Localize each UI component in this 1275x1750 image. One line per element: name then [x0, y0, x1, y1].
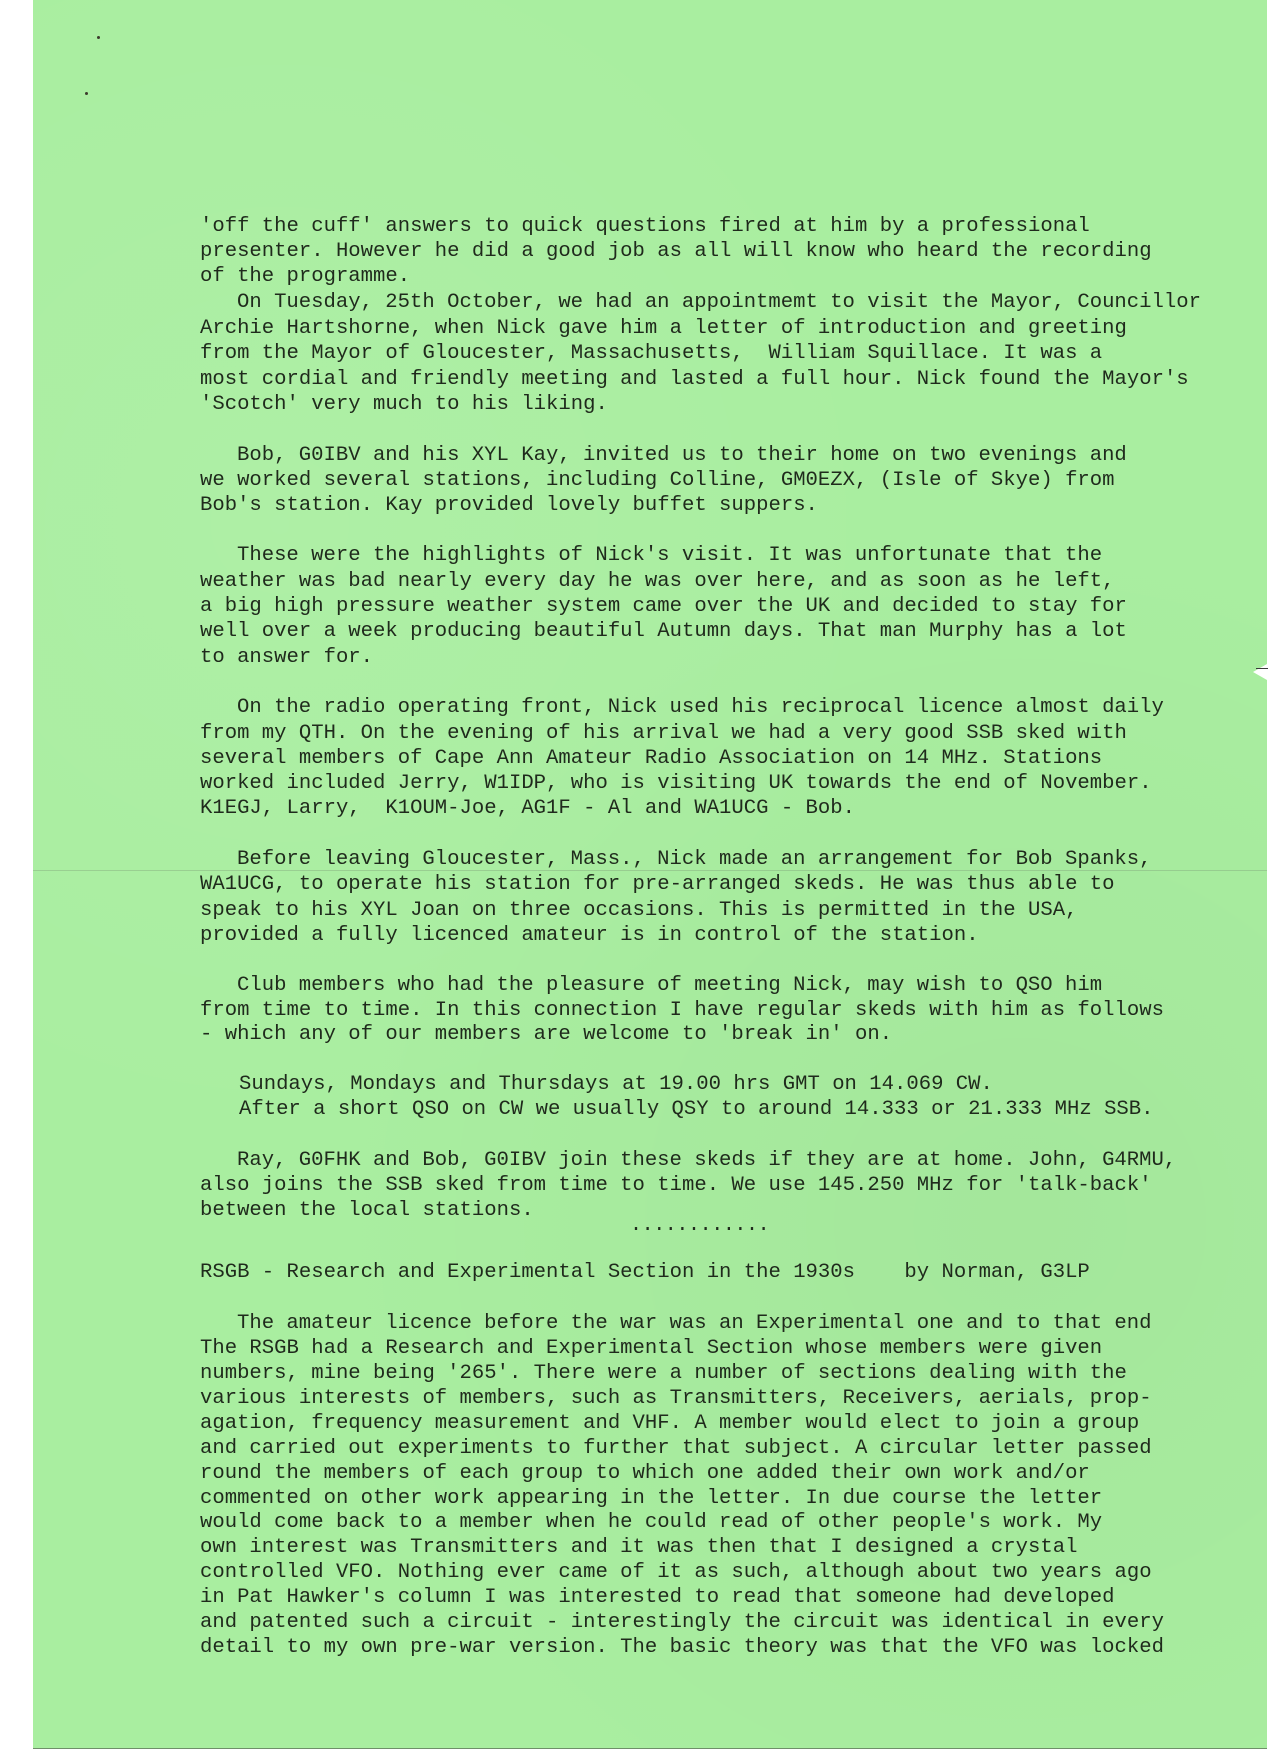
text-line: Before leaving Gloucester, Mass., Nick m…	[237, 847, 1152, 872]
text-line: round the members of each group to which…	[200, 1461, 1090, 1486]
text-line: most cordial and friendly meeting and la…	[200, 367, 1189, 392]
text-line: and carried out experiments to further t…	[200, 1436, 1152, 1461]
text-line: Bob, G0IBV and his XYL Kay, invited us t…	[237, 443, 1127, 468]
text-line: several members of Cape Ann Amateur Radi…	[200, 746, 1102, 771]
text-line: from time to time. In this connection I …	[200, 998, 1164, 1023]
section-heading: RSGB - Research and Experimental Section…	[200, 1260, 1090, 1285]
text-line: speak to his XYL Joan on three occasions…	[200, 898, 1077, 923]
text-line: well over a week producing beautiful Aut…	[200, 619, 1127, 644]
text-line: to answer for.	[200, 645, 373, 670]
text-line: would come back to a member when he coul…	[200, 1510, 1102, 1535]
text-line: from the Mayor of Gloucester, Massachuse…	[200, 341, 1102, 366]
text-line: commented on other work appearing in the…	[200, 1486, 1102, 1511]
text-line: After a short QSO on CW we usually QSY t…	[239, 1097, 1154, 1122]
pin-hole-mark	[85, 92, 88, 95]
text-line: detail to my own pre-war version. The ba…	[200, 1635, 1164, 1660]
text-line: - which any of our members are welcome t…	[200, 1022, 892, 1047]
text-line: 'Scotch' very much to his liking.	[200, 392, 608, 417]
text-line: a big high pressure weather system came …	[200, 594, 1127, 619]
text-line: we worked several stations, including Co…	[200, 468, 1115, 493]
section-separator: ............	[630, 1216, 769, 1236]
text-line: own interest was Transmitters and it was…	[200, 1535, 1077, 1560]
text-line: WA1UCG, to operate his station for pre-a…	[200, 872, 1115, 897]
text-line: Sundays, Mondays and Thursdays at 19.00 …	[239, 1072, 993, 1097]
text-line: The RSGB had a Research and Experimental…	[200, 1336, 1102, 1361]
text-line: On Tuesday, 25th October, we had an appo…	[237, 290, 1201, 315]
text-line: also joins the SSB sked from time to tim…	[200, 1173, 1152, 1198]
text-line: controlled VFO. Nothing ever came of it …	[200, 1560, 1152, 1585]
text-line: and patented such a circuit - interestin…	[200, 1610, 1164, 1635]
text-line: On the radio operating front, Nick used …	[237, 695, 1164, 720]
text-line: between the local stations.	[200, 1198, 534, 1223]
text-line: presenter. However he did a good job as …	[200, 239, 1152, 264]
text-line: various interests of members, such as Tr…	[200, 1386, 1152, 1411]
text-line: weather was bad nearly every day he was …	[200, 569, 1115, 594]
text-line: worked included Jerry, W1IDP, who is vis…	[200, 771, 1152, 796]
text-line: provided a fully licenced amateur is in …	[200, 923, 979, 948]
text-line: of the programme.	[200, 264, 410, 289]
paper-edge-notch	[1253, 664, 1267, 680]
text-line: These were the highlights of Nick's visi…	[237, 543, 1102, 568]
text-line: Club members who had the pleasure of mee…	[237, 973, 1102, 998]
paper-edge-mark	[1256, 668, 1268, 669]
text-line: agation, frequency measurement and VHF. …	[200, 1411, 1139, 1436]
text-line: Bob's station. Kay provided lovely buffe…	[200, 493, 818, 518]
pin-hole-mark	[97, 36, 100, 39]
text-line: numbers, mine being '265'. There were a …	[200, 1361, 1127, 1386]
text-line: Archie Hartshorne, when Nick gave him a …	[200, 316, 1127, 341]
text-line: 'off the cuff' answers to quick question…	[200, 214, 1090, 239]
text-line: from my QTH. On the evening of his arriv…	[200, 721, 1127, 746]
text-line: The amateur licence before the war was a…	[237, 1311, 1152, 1336]
text-line: Ray, G0FHK and Bob, G0IBV join these ske…	[237, 1148, 1176, 1173]
text-line: K1EGJ, Larry, K1OUM-Joe, AG1F - Al and W…	[200, 796, 855, 821]
text-line: in Pat Hawker's column I was interested …	[200, 1585, 1115, 1610]
